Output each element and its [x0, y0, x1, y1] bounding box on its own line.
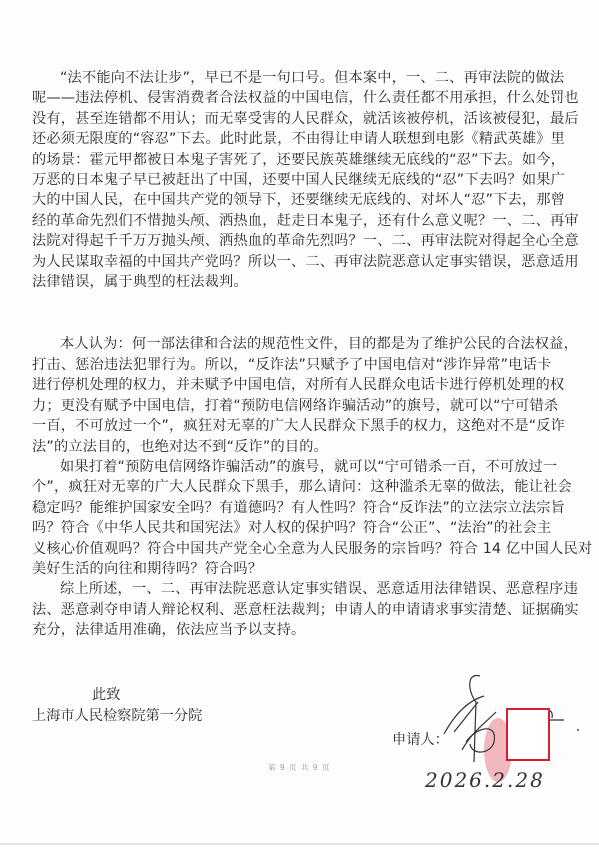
text-line: “法不能向不法让步”，早已不是一句口号。但本案中，一、二、再审法院的做法	[32, 68, 552, 88]
paragraph-conclusion: 综上所述，一、二、再审法院恶意认定事实错误、恶意适用法律错误、恶意程序违 法、恶…	[32, 579, 552, 640]
text-line: 充分，法律适用准确，依法应当予以支持。	[32, 620, 552, 640]
text-line: 为人民谋取幸福的中国共产党吗？所以一、二、再审法院恶意认定事实错误，恶意适用	[32, 252, 552, 272]
page-number: 第 9 页 共 9 页	[268, 762, 330, 773]
paragraph-gap	[32, 292, 552, 313]
text-line: 综上所述，一、二、再审法院恶意认定事实错误、恶意适用法律错误、恶意程序违	[32, 579, 552, 599]
redaction-box	[506, 708, 550, 761]
paragraph-rule-of-law: “法不能向不法让步”，早已不是一句口号。但本案中，一、二、再审法院的做法 呢——…	[32, 68, 552, 292]
text-line: 经的革命先烈们不惜抛头颅、洒热血，赶走日本鬼子，还有什么意义呢？一、二、再审	[32, 211, 552, 231]
text-line: 一百，不可放过一个”，疯狂对无辜的广大人民群众下黑手的权力，这绝对不是“反诈	[32, 416, 552, 436]
paragraph-questions: 如果打着“预防电信网络诈骗活动”的旗号，就可以“宁可错杀一百，不可放过一 个”，…	[32, 457, 552, 579]
text-line: 美好生活的向往和期待吗？符合吗？	[32, 559, 552, 579]
document-body: “法不能向不法让步”，早已不是一句口号。但本案中，一、二、再审法院的做法 呢——…	[32, 68, 552, 641]
text-line: 法律错误，属于典型的枉法裁判。	[32, 272, 552, 292]
paragraph-gap	[32, 313, 552, 334]
text-line: 没有，甚至连错都不用认；而无辜受害的人民群众，就活该被停机，活该被侵犯，最后	[32, 109, 552, 129]
text-line: 万恶的日本鬼子早已被赶出了中国，还要中国人民继续无底线的“忍”下去吗？如果广	[32, 170, 552, 190]
text-line: 法、恶意剥夺申请人辩论权利、恶意枉法裁判；申请人的申请请求事实清楚、证据确实	[32, 600, 552, 620]
document-page: “法不能向不法让步”，早已不是一句口号。但本案中，一、二、再审法院的做法 呢——…	[0, 0, 599, 847]
text-line: 还必须无限度的“容忍”下去。此时此景，不由得让申请人联想到电影《精武英雄》里	[32, 129, 552, 149]
text-line: 吗？符合《中华人民共和国宪法》对人权的保护吗？符合“公正”、“法治”的社会主	[32, 518, 552, 538]
text-line: 个”，疯狂对无辜的广大人民群众下黑手，那么请问：这种滥杀无辜的做法，能让社会	[32, 477, 552, 497]
text-line: 的场景：霍元甲都被日本鬼子害死了，还要民族英雄继续无底线的“忍”下去。如今，	[32, 150, 552, 170]
text-line: 呢——违法停机、侵害消费者合法权益的中国电信，什么责任都不用承担，什么处罚也	[32, 88, 552, 108]
handwritten-date: 2026.2.28	[425, 768, 545, 792]
text-line: 法院对得起千千万万抛头颅、洒热血的革命先烈吗？一、二、再审法院对得起全心全意	[32, 231, 552, 251]
text-line: 如果打着“预防电信网络诈骗活动”的旗号，就可以“宁可错杀一百，不可放过一	[32, 457, 552, 477]
text-line: 稳定吗？能维护国家安全吗？有道德吗？有人性吗？符合“反诈法”的立法宗立法宗旨	[32, 498, 552, 518]
text-line: 进行停机处理的权力，并未赋予中国电信，对所有人民群众电话卡进行停机处理的权	[32, 375, 552, 395]
text-line: 打击、惩治违法犯罪行为。所以，“反诈法”只赋予了中国电信对“涉诈异常”电话卡	[32, 355, 552, 375]
text-line: 本人认为：何一部法律和合法的规范性文件，目的都是为了维护公民的合法权益，	[32, 334, 552, 354]
paragraph-anti-fraud-law: 本人认为：何一部法律和合法的规范性文件，目的都是为了维护公民的合法权益， 打击、…	[32, 334, 552, 456]
salutation: 此致	[92, 684, 120, 704]
text-line: 力；更没有赋予中国电信，打着“预防电信网络诈骗活动”的旗号，就可以“宁可错杀	[32, 396, 552, 416]
text-line: 法”的立法目的，也绝对达不到“反诈”的目的。	[32, 437, 552, 457]
recipient-name: 上海市人民检察院第一分院	[32, 705, 202, 725]
text-line: 义核心价值观吗？符合中国共产党全心全意为人民服务的宗旨吗？符合 14 亿中国人民…	[32, 539, 552, 559]
page-edge-divider	[0, 843, 599, 845]
text-line: 大的中国人民，在中国共产党的领导下，还要继续无底线的、对坏人“忍”下去，那曾	[32, 190, 552, 210]
